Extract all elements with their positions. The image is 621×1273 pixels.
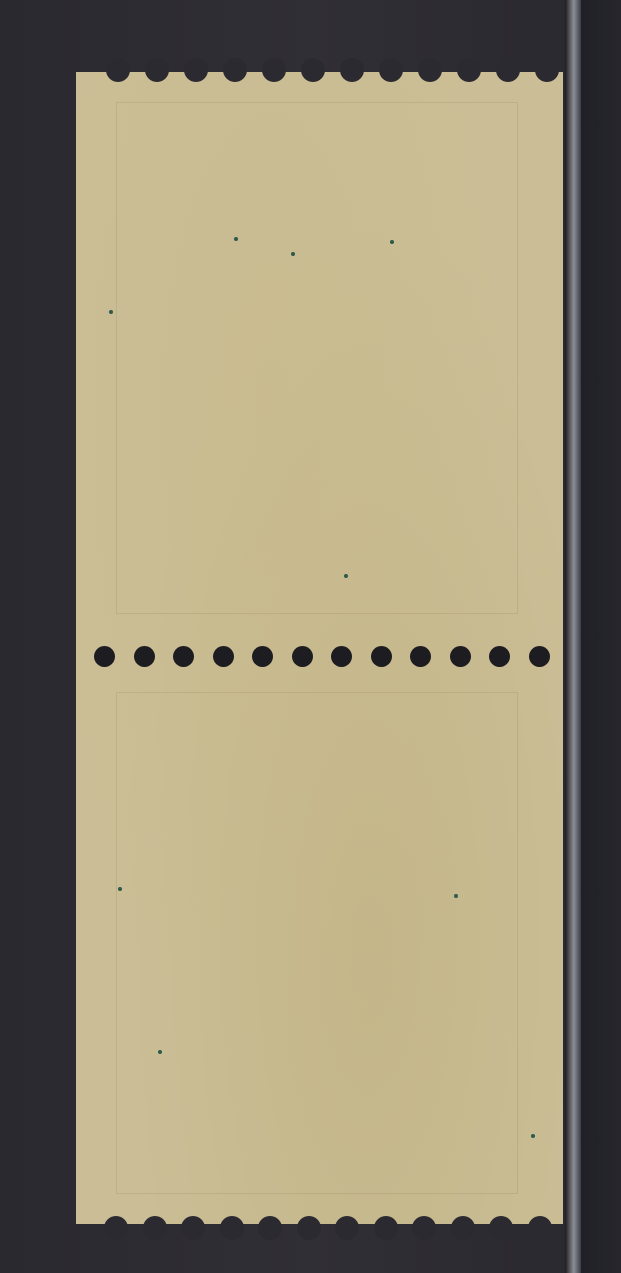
perforation-hole	[451, 1216, 475, 1240]
speck	[109, 310, 113, 314]
perforation-hole	[213, 646, 234, 667]
perforation-hole	[292, 646, 313, 667]
perforation-hole	[335, 1216, 359, 1240]
perforation-hole	[418, 58, 442, 82]
perforation-hole	[529, 646, 550, 667]
bottom-perforation-edge	[76, 1212, 563, 1234]
perforation-hole	[331, 646, 352, 667]
mount-rail	[565, 0, 581, 1273]
speck	[118, 887, 122, 891]
speck	[531, 1134, 535, 1138]
perforation-hole	[220, 1216, 244, 1240]
perforation-hole	[340, 58, 364, 82]
perforation-hole	[496, 58, 520, 82]
perforation-hole	[489, 1216, 513, 1240]
perforation-hole	[134, 646, 155, 667]
perforation-hole	[262, 58, 286, 82]
perforation-hole	[528, 1216, 552, 1240]
top-perforation-edge	[76, 62, 563, 84]
perforation-hole	[410, 646, 431, 667]
perforation-hole	[379, 58, 403, 82]
perforation-hole	[223, 58, 247, 82]
perforation-hole	[104, 1216, 128, 1240]
perforation-hole	[258, 1216, 282, 1240]
perforation-hole	[371, 646, 392, 667]
lower-stamp-shadow	[116, 692, 518, 1194]
perforation-hole	[94, 646, 115, 667]
perforation-hole	[173, 646, 194, 667]
perforation-hole	[145, 58, 169, 82]
perforation-hole	[252, 646, 273, 667]
perforation-hole	[450, 646, 471, 667]
perforation-hole	[457, 58, 481, 82]
speck	[234, 237, 238, 241]
speck	[454, 894, 458, 898]
perforation-hole	[297, 1216, 321, 1240]
perforation-hole	[535, 58, 559, 82]
speck	[291, 252, 295, 256]
perforation-hole	[489, 646, 510, 667]
perforation-hole	[184, 58, 208, 82]
perforation-hole	[412, 1216, 436, 1240]
perforation-hole	[374, 1216, 398, 1240]
upper-stamp-shadow	[116, 102, 518, 614]
speck	[158, 1050, 162, 1054]
perforation-hole	[301, 58, 325, 82]
mount-edge	[581, 0, 621, 1273]
speck	[390, 240, 394, 244]
perforation-hole	[143, 1216, 167, 1240]
speck	[344, 574, 348, 578]
perforation-hole	[181, 1216, 205, 1240]
perforation-hole	[106, 58, 130, 82]
